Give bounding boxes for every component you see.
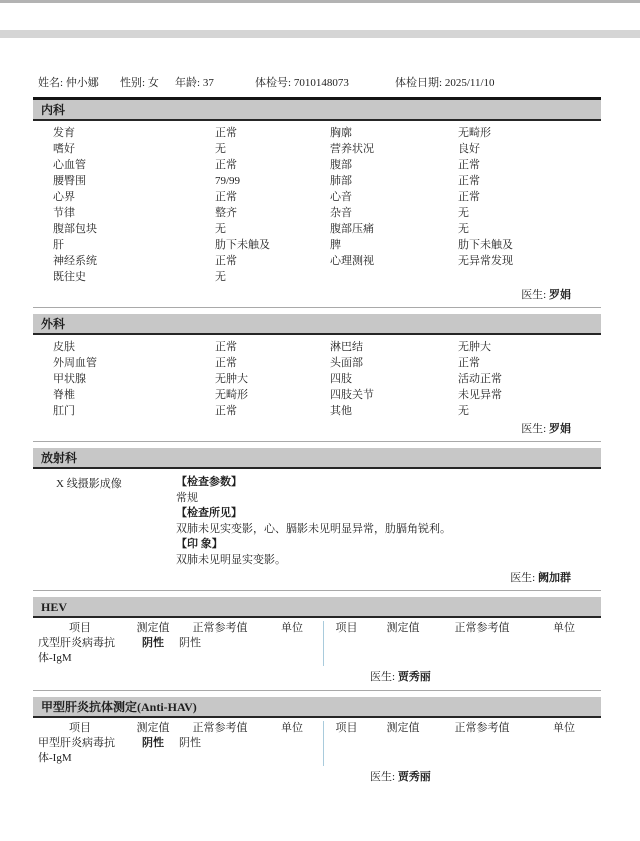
item-label: 其他 — [330, 403, 458, 419]
exam-row: 外周血管正常头面部正常 — [53, 355, 601, 371]
exam-row: 甲状腺无肿大四肢活动正常 — [53, 371, 601, 387]
test-value: 阴性 — [127, 636, 179, 666]
section-anti-hav: 甲型肝炎抗体测定(Anti-HAV) 项目 测定值 正常参考值 单位 甲型肝炎病… — [33, 697, 601, 785]
doctor-signature: 医生: 罗娟 — [33, 421, 601, 437]
doctor-label: 医生: — [521, 289, 546, 301]
patient-exam-no-label: 体检号: — [255, 77, 291, 89]
patient-gender: 性别: 女 — [120, 76, 175, 90]
item-label: 节律 — [53, 205, 215, 221]
medical-exam-report-page: { "colors": { "section_bar": "#c7c7c7", … — [0, 0, 640, 841]
exam-row: 脊椎无畸形四肢关节未见异常 — [53, 387, 601, 403]
doctor-label: 医生: — [510, 572, 535, 584]
col-header-value: 测定值 — [369, 721, 437, 736]
section-title-internal-medicine: 内科 — [33, 100, 601, 121]
item-value: 无 — [458, 221, 601, 237]
doctor-label: 医生: — [370, 771, 395, 783]
col-header-value: 测定值 — [127, 621, 179, 636]
test-unit — [261, 736, 323, 766]
item-label — [330, 269, 458, 285]
lab-header-row: 项目 测定值 正常参考值 单位 — [33, 721, 323, 736]
doctor-signature: 医生: 罗娟 — [33, 287, 601, 303]
item-value: 正常 — [215, 403, 330, 419]
lab-table-right-half: 项目 测定值 正常参考值 单位 — [324, 721, 601, 766]
patient-exam-date: 体检日期: 2025/11/10 — [395, 76, 601, 90]
test-value: 阴性 — [127, 736, 179, 766]
exam-row: 嗜好无营养状况良好 — [53, 141, 601, 157]
patient-exam-date-value: 2025/11/10 — [445, 77, 495, 89]
findings-heading: 【印 象】 — [176, 537, 601, 553]
doctor-label: 医生: — [521, 423, 546, 435]
findings-text: 双肺未见明显实变影。 — [176, 553, 601, 569]
item-label: 甲状腺 — [53, 371, 215, 387]
lab-table: 项目 测定值 正常参考值 单位 甲型肝炎病毒抗体-IgM 阴性 阴性 项目 测定… — [33, 718, 601, 766]
section-internal-medicine: 内科 发育正常胸廓无畸形 嗜好无营养状况良好 心血管正常腹部正常 腰臀围79/9… — [33, 100, 601, 308]
item-value: 无 — [215, 141, 330, 157]
lab-data-row-empty — [324, 636, 601, 666]
patient-age-value: 37 — [203, 77, 214, 89]
col-header-item: 项目 — [324, 721, 369, 736]
findings-text: 双肺未见实变影，心、膈影未见明显异常，肋膈角锐利。 — [176, 522, 601, 538]
exam-row: 肝肋下未触及脾肋下未触及 — [53, 237, 601, 253]
patient-info-row: 姓名: 仲小娜 性别: 女 年龄: 37 体检号: 7010148073 体检日… — [33, 76, 601, 90]
lab-table-left-half: 项目 测定值 正常参考值 单位 戊型肝炎病毒抗体-IgM 阴性 阴性 — [33, 621, 324, 666]
col-header-item: 项目 — [33, 721, 127, 736]
item-label: 外周血管 — [53, 355, 215, 371]
exam-rows: 发育正常胸廓无畸形 嗜好无营养状况良好 心血管正常腹部正常 腰臀围79/99肺部… — [33, 121, 601, 285]
item-label: 腰臀围 — [53, 173, 215, 189]
item-label: 杂音 — [330, 205, 458, 221]
page-top-strip — [0, 0, 640, 3]
doctor-name: 贾秀丽 — [398, 671, 431, 683]
lab-data-row: 甲型肝炎病毒抗体-IgM 阴性 阴性 — [33, 736, 323, 766]
item-value: 肋下未触及 — [215, 237, 330, 253]
item-label: 心音 — [330, 189, 458, 205]
col-header-reference: 正常参考值 — [437, 721, 527, 736]
item-value: 未见异常 — [458, 387, 601, 403]
col-header-reference: 正常参考值 — [437, 621, 527, 636]
report-body: 姓名: 仲小娜 性别: 女 年龄: 37 体检号: 7010148073 体检日… — [33, 76, 601, 791]
patient-name-label: 姓名: — [38, 77, 63, 89]
exam-row: 皮肤正常淋巴结无肿大 — [53, 339, 601, 355]
item-value: 无 — [215, 221, 330, 237]
item-value: 正常 — [458, 173, 601, 189]
item-value: 肋下未触及 — [458, 237, 601, 253]
item-label: 腹部 — [330, 157, 458, 173]
section-title-surgery: 外科 — [33, 314, 601, 335]
item-value: 正常 — [215, 253, 330, 269]
item-value: 无肿大 — [458, 339, 601, 355]
item-value: 无 — [215, 269, 330, 285]
item-value — [458, 269, 601, 285]
item-value: 活动正常 — [458, 371, 601, 387]
col-header-value: 测定值 — [127, 721, 179, 736]
lab-table: 项目 测定值 正常参考值 单位 戊型肝炎病毒抗体-IgM 阴性 阴性 项目 测定… — [33, 618, 601, 666]
item-label: 肺部 — [330, 173, 458, 189]
doctor-signature: 医生: 贾秀丽 — [33, 669, 601, 685]
col-header-unit: 单位 — [527, 621, 601, 636]
lab-table-left-half: 项目 测定值 正常参考值 单位 甲型肝炎病毒抗体-IgM 阴性 阴性 — [33, 721, 324, 766]
patient-gender-value: 女 — [148, 77, 159, 89]
test-reference: 阴性 — [179, 736, 261, 766]
col-header-item: 项目 — [324, 621, 369, 636]
item-label: 腹部包块 — [53, 221, 215, 237]
exam-row: 肛门正常其他无 — [53, 403, 601, 419]
test-unit — [261, 636, 323, 666]
findings-heading: 【检查参数】 — [176, 475, 601, 491]
item-label: 脾 — [330, 237, 458, 253]
item-label: 发育 — [53, 125, 215, 141]
lab-data-row: 戊型肝炎病毒抗体-IgM 阴性 阴性 — [33, 636, 323, 666]
item-value: 正常 — [215, 339, 330, 355]
item-value: 正常 — [215, 189, 330, 205]
test-item: 甲型肝炎病毒抗体-IgM — [33, 736, 127, 766]
doctor-name: 阙加群 — [538, 572, 571, 584]
patient-exam-no-value: 7010148073 — [294, 77, 349, 89]
radiology-findings: 【检查参数】 常规 【检查所见】 双肺未见实变影，心、膈影未见明显异常，肋膈角锐… — [176, 475, 601, 568]
findings-heading: 【检查所见】 — [176, 506, 601, 522]
section-title-hev: HEV — [33, 597, 601, 618]
exam-row: 发育正常胸廓无畸形 — [53, 125, 601, 141]
doctor-name: 罗娟 — [549, 289, 571, 301]
patient-exam-date-label: 体检日期: — [395, 77, 442, 89]
exam-row: 神经系统正常心理测视无异常发现 — [53, 253, 601, 269]
item-label: 腹部压痛 — [330, 221, 458, 237]
item-value: 无肿大 — [215, 371, 330, 387]
col-header-reference: 正常参考值 — [179, 721, 261, 736]
item-label: 神经系统 — [53, 253, 215, 269]
patient-age-label: 年龄: — [175, 77, 200, 89]
patient-name-value: 仲小娜 — [66, 77, 99, 89]
item-value: 良好 — [458, 141, 601, 157]
exam-row: 心血管正常腹部正常 — [53, 157, 601, 173]
section-hev: HEV 项目 测定值 正常参考值 单位 戊型肝炎病毒抗体-IgM 阴性 阴性 — [33, 597, 601, 691]
col-header-unit: 单位 — [261, 621, 323, 636]
doctor-label: 医生: — [370, 671, 395, 683]
exam-row: 腰臀围79/99肺部正常 — [53, 173, 601, 189]
lab-table-right-half: 项目 测定值 正常参考值 单位 — [324, 621, 601, 666]
test-item: 戊型肝炎病毒抗体-IgM — [33, 636, 127, 666]
item-label: 淋巴结 — [330, 339, 458, 355]
item-value: 整齐 — [215, 205, 330, 221]
item-value: 正常 — [458, 189, 601, 205]
item-label: 肝 — [53, 237, 215, 253]
item-label: 脊椎 — [53, 387, 215, 403]
col-header-item: 项目 — [33, 621, 127, 636]
item-label: 心血管 — [53, 157, 215, 173]
doctor-name: 罗娟 — [549, 423, 571, 435]
findings-text: 常规 — [176, 491, 601, 507]
exam-row: 腹部包块无腹部压痛无 — [53, 221, 601, 237]
item-label: 心界 — [53, 189, 215, 205]
item-label: 胸廓 — [330, 125, 458, 141]
item-label: 四肢关节 — [330, 387, 458, 403]
item-value: 无畸形 — [458, 125, 601, 141]
item-label: 营养状况 — [330, 141, 458, 157]
item-value: 正常 — [458, 157, 601, 173]
patient-age: 年龄: 37 — [175, 76, 255, 90]
patient-name: 姓名: 仲小娜 — [38, 76, 120, 90]
section-radiology: 放射科 X 线摄影成像 【检查参数】 常规 【检查所见】 双肺未见实变影，心、膈… — [33, 448, 601, 591]
item-label: 嗜好 — [53, 141, 215, 157]
lab-data-row-empty — [324, 736, 601, 766]
section-surgery: 外科 皮肤正常淋巴结无肿大 外周血管正常头面部正常 甲状腺无肿大四肢活动正常 脊… — [33, 314, 601, 442]
col-header-reference: 正常参考值 — [179, 621, 261, 636]
page-divider-bar — [0, 30, 640, 38]
col-header-value: 测定值 — [369, 621, 437, 636]
patient-gender-label: 性别: — [120, 77, 145, 89]
item-label: 皮肤 — [53, 339, 215, 355]
item-label: 肛门 — [53, 403, 215, 419]
lab-header-row: 项目 测定值 正常参考值 单位 — [324, 721, 601, 736]
item-value: 无畸形 — [215, 387, 330, 403]
patient-exam-no: 体检号: 7010148073 — [255, 76, 395, 90]
radiology-report: X 线摄影成像 【检查参数】 常规 【检查所见】 双肺未见实变影，心、膈影未见明… — [33, 469, 601, 568]
item-value: 正常 — [215, 355, 330, 371]
item-label: 心理测视 — [330, 253, 458, 269]
col-header-unit: 单位 — [527, 721, 601, 736]
col-header-unit: 单位 — [261, 721, 323, 736]
section-title-radiology: 放射科 — [33, 448, 601, 469]
radiology-item-label: X 线摄影成像 — [56, 475, 176, 568]
test-reference: 阴性 — [179, 636, 261, 666]
exam-row: 节律整齐杂音无 — [53, 205, 601, 221]
item-label: 四肢 — [330, 371, 458, 387]
lab-header-row: 项目 测定值 正常参考值 单位 — [324, 621, 601, 636]
item-value: 无 — [458, 205, 601, 221]
item-value: 无 — [458, 403, 601, 419]
item-value: 正常 — [458, 355, 601, 371]
doctor-name: 贾秀丽 — [398, 771, 431, 783]
doctor-signature: 医生: 贾秀丽 — [33, 769, 601, 785]
doctor-signature: 医生: 阙加群 — [33, 570, 601, 586]
item-value: 79/99 — [215, 173, 330, 189]
exam-rows: 皮肤正常淋巴结无肿大 外周血管正常头面部正常 甲状腺无肿大四肢活动正常 脊椎无畸… — [33, 335, 601, 419]
item-label: 既往史 — [53, 269, 215, 285]
item-value: 正常 — [215, 157, 330, 173]
item-label: 头面部 — [330, 355, 458, 371]
exam-row: 心界正常心音正常 — [53, 189, 601, 205]
item-value: 无异常发现 — [458, 253, 601, 269]
item-value: 正常 — [215, 125, 330, 141]
lab-header-row: 项目 测定值 正常参考值 单位 — [33, 621, 323, 636]
exam-row: 既往史无 — [53, 269, 601, 285]
section-title-anti-hav: 甲型肝炎抗体测定(Anti-HAV) — [33, 697, 601, 718]
